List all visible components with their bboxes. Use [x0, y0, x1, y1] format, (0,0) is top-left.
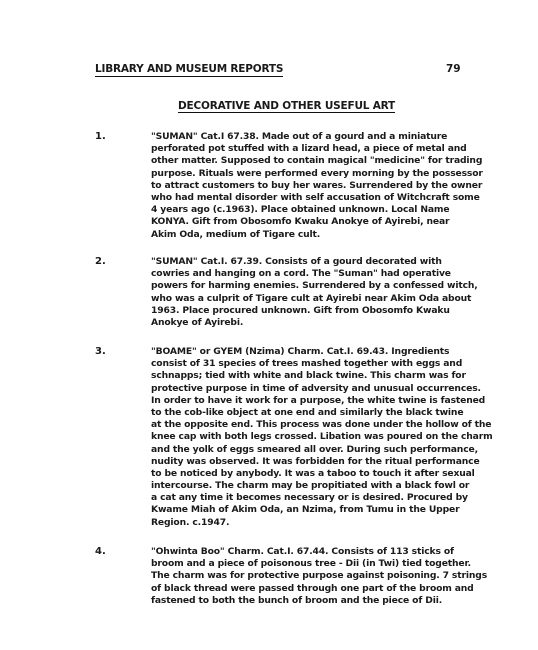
entry-line: Region. c.1947.: [151, 517, 491, 529]
entry-line: to the cob-like object at one end and si…: [151, 407, 491, 419]
entry-line: cowries and hanging on a cord. The "Suma…: [151, 268, 491, 280]
running-header-text: LIBRARY AND MUSEUM REPORTS: [95, 63, 283, 77]
entry-line: who was a culprit of Tigare cult at Ayir…: [151, 293, 491, 305]
entry-line: to be noticed by anybody. It was a taboo…: [151, 468, 491, 480]
entry-line: a cat any time it becomes necessary or i…: [151, 492, 491, 504]
entry-text: "BOAME" or GYEM (Nzima) Charm. Cat.I. 69…: [151, 346, 491, 529]
entry-line: In order to have it work for a purpose, …: [151, 395, 491, 407]
entry-text: "Ohwinta Boo" Charm. Cat.I. 67.44. Consi…: [151, 546, 491, 607]
entry-text: "SUMAN" Cat.I 67.38. Made out of a gourd…: [151, 131, 491, 241]
entry-text: "SUMAN" Cat.I. 67.39. Consists of a gour…: [151, 256, 491, 329]
entry-line: Anokye of Ayirebi.: [151, 317, 491, 329]
section-title: DECORATIVE AND OTHER USEFUL ART: [178, 100, 395, 113]
document-page: LIBRARY AND MUSEUM REPORTS 79 DECORATIVE…: [0, 0, 538, 650]
page-number: 79: [446, 63, 461, 75]
entry-line: and the yolk of eggs smeared all over. D…: [151, 444, 491, 456]
entry-line: "BOAME" or GYEM (Nzima) Charm. Cat.I. 69…: [151, 346, 491, 358]
entry-line: protective purpose in time of adversity …: [151, 383, 491, 395]
entry-line: schnapps; tied with white and black twin…: [151, 370, 491, 382]
entry-line: fastened to both the bunch of broom and …: [151, 595, 491, 607]
entry-line: powers for harming enemies. Surrendered …: [151, 280, 491, 292]
entry-line: purpose. Rituals were performed every mo…: [151, 168, 491, 180]
entry-number: 4.: [95, 546, 106, 557]
entry-line: of black thread were passed through one …: [151, 583, 491, 595]
entry-line: to attract customers to buy her wares. S…: [151, 180, 491, 192]
entry-line: broom and a piece of poisonous tree - Di…: [151, 558, 491, 570]
entry-line: 4 years ago (c.1963). Place obtained unk…: [151, 204, 491, 216]
entry-line: Akim Oda, medium of Tigare cult.: [151, 229, 491, 241]
entry-line: who had mental disorder with self accusa…: [151, 192, 491, 204]
entry-line: KONYA. Gift from Obosomfo Kwaku Anokye o…: [151, 216, 491, 228]
entry-line: "Ohwinta Boo" Charm. Cat.I. 67.44. Consi…: [151, 546, 491, 558]
running-header-title: LIBRARY AND MUSEUM REPORTS: [95, 63, 283, 75]
entry-line: perforated pot stuffed with a lizard hea…: [151, 143, 491, 155]
entry-line: nudity was observed. It was forbidden fo…: [151, 456, 491, 468]
entry-number: 3.: [95, 346, 106, 357]
entry-line: "SUMAN" Cat.I. 67.39. Consists of a gour…: [151, 256, 491, 268]
entry-line: knee cap with both legs crossed. Libatio…: [151, 431, 491, 443]
entry-number: 2.: [95, 256, 106, 267]
entry-line: intercourse. The charm may be propitiate…: [151, 480, 491, 492]
entry-line: "SUMAN" Cat.I 67.38. Made out of a gourd…: [151, 131, 491, 143]
entry-line: 1963. Place procured unknown. Gift from …: [151, 305, 491, 317]
entry-line: at the opposite end. This process was do…: [151, 419, 491, 431]
entry-line: Kwame Miah of Akim Oda, an Nzima, from T…: [151, 504, 491, 516]
entry-line: other matter. Supposed to contain magica…: [151, 155, 491, 167]
entry-number: 1.: [95, 131, 106, 142]
entry-line: consist of 31 species of trees mashed to…: [151, 358, 491, 370]
entry-line: The charm was for protective purpose aga…: [151, 570, 491, 582]
